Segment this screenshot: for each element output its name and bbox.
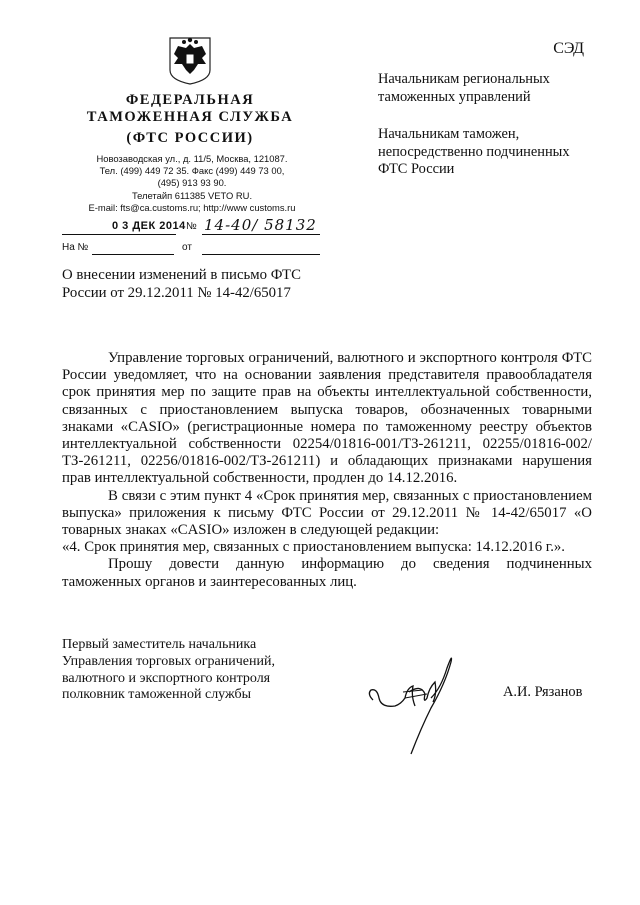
subject-line: России от 29.12.2011 № 14-42/65017 (62, 284, 301, 302)
subject-line: О внесении изменений в письмо ФТС (62, 266, 301, 284)
body-paragraph-3: Прошу довести данную информацию до сведе… (62, 556, 592, 590)
addressee-customs: Начальникам таможен, непосредственно под… (378, 126, 570, 179)
teletype-line: Телетайп 611385 VETO RU. (62, 190, 322, 202)
signatory-title-line: полковник таможенной службы (62, 687, 275, 704)
email-line: E-mail: fts@ca.customs.ru; http://www cu… (62, 202, 322, 214)
letter-date: 0 3 ДЕК 2014 (112, 220, 186, 232)
signatory-title-line: валютного и экспортного контроля (62, 671, 275, 688)
ref-number-label: На № (62, 242, 88, 253)
reference-row: На № от (62, 242, 352, 260)
signatory-title-line: Первый заместитель начальника (62, 637, 275, 654)
handwritten-signature-icon (365, 648, 460, 756)
signatory-title-line: Управления торговых ограничений, (62, 654, 275, 671)
phone-line-2: (495) 913 93 90. (62, 177, 322, 189)
registration-row: 0 3 ДЕК 2014 № 14-40/ 58132 (62, 218, 352, 238)
body-paragraph-2: В связи с этим пункт 4 «Срок принятия ме… (62, 488, 592, 540)
addressee-line: таможенных управлений (378, 89, 550, 107)
sed-mark: СЭД (553, 40, 584, 58)
address-line: Новозаводская ул., д. 11/5, Москва, 1210… (62, 153, 322, 165)
body-quote: «4. Срок принятия мер, связанных с приос… (62, 539, 592, 556)
ref-date-label: от (182, 242, 192, 253)
coat-of-arms-icon (164, 34, 216, 86)
signatory-title: Первый заместитель начальника Управления… (62, 637, 275, 704)
number-underline (202, 234, 320, 235)
addressee-line: непосредственно подчиненных (378, 144, 570, 162)
addressee-regional: Начальникам региональных таможенных упра… (378, 71, 550, 106)
org-abbreviation: (ФТС РОССИИ) (70, 130, 310, 147)
ref-date-underline (202, 254, 320, 255)
body-paragraph-1: Управление торговых ограничений, валютно… (62, 350, 592, 488)
addressee-line: ФТС России (378, 161, 570, 179)
org-name-line-2: ТАМОЖЕННАЯ СЛУЖБА (70, 109, 310, 126)
ref-number-underline (92, 254, 174, 255)
letter-subject: О внесении изменений в письмо ФТС России… (62, 266, 301, 302)
letter-body: Управление торговых ограничений, валютно… (62, 350, 592, 591)
org-contact-address: Новозаводская ул., д. 11/5, Москва, 1210… (62, 153, 322, 214)
org-name-line-1: ФЕДЕРАЛЬНАЯ (70, 92, 310, 109)
date-underline (62, 234, 176, 235)
signatory-name: А.И. Рязанов (503, 684, 582, 701)
letter-number: 14-40/ 58132 (204, 216, 317, 234)
addressee-line: Начальникам таможен, (378, 126, 570, 144)
number-label: № (186, 221, 197, 232)
phone-line: Тел. (499) 449 72 35. Факс (499) 449 73 … (62, 165, 322, 177)
addressee-line: Начальникам региональных (378, 71, 550, 89)
